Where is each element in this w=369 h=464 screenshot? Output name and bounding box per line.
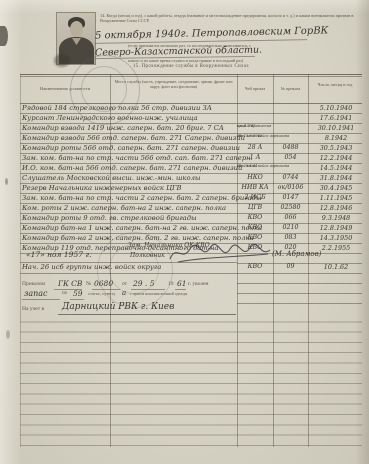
row-order-no: 0210 [273,223,308,233]
note-line2: от 15.8.1942 [237,134,262,138]
header-date-1: Число, [318,82,330,87]
row-date: 14.5.1944 [308,163,364,173]
row-date: 31.8.1944 [308,173,364,183]
certification-date: «17» ноя 1957 г. [26,250,92,259]
row-order-by: 1 А [237,153,273,163]
row-order-no: 0147 [273,193,308,203]
row-date: 30.10.1941 [308,123,364,133]
fill-underline [175,289,186,290]
row-date: 30.5.1943 [308,143,364,153]
round-stamp-inner [109,244,159,294]
row-entry: Командир взвода 1419 инж. саперн. бат. 2… [22,123,224,133]
header-order-by: Чей приказ [238,86,272,91]
row-date: 9.3.1948 [308,213,364,223]
table-top-line [20,74,362,75]
discharge-article-no: 59 [73,289,83,298]
note-line2: от 28.4.44 [237,164,257,168]
section15-title: 15. Прохождение службы в Вооруженных Сил… [20,64,362,69]
item14-label: 14. Когда (месяц и год), с какой работы,… [100,13,364,23]
row-entry: Слушатель Московской высш. инж.-мин. шко… [22,173,200,183]
row-date: 1.11.1945 [308,193,364,203]
row-order-no: ок/0106 [273,183,308,193]
row-date: 30.4.1945 [308,183,364,193]
row-order-by: ЦГВ [237,203,273,213]
row-order-no: 02580 [273,203,308,213]
row-entry: Резерв Начальника инженерных войск ЦГВ [22,183,182,193]
row-order-no: 066 [273,213,308,223]
fill-underline [70,299,84,300]
row-entry: Командир роты 9 отд. гв. стрелковой бриг… [22,213,197,223]
row-order-by: КВО [237,223,273,233]
row-order-no: 054 [273,153,308,163]
fill-underline [58,314,236,315]
service-row: Нач. 26 исб группы инж. войск округа КВО… [20,263,362,273]
row-date: 12.8.1946 [308,203,364,213]
row-order-no: 09 [273,262,308,272]
discharge-prefix: Приказом [22,281,45,287]
header-date: Число, месяц и год [309,82,361,87]
scan-smudge [6,330,10,339]
row-date: 17.6.1941 [308,113,364,123]
round-stamp-inner [81,66,127,112]
discharge-year: 61 [177,279,187,288]
round-stamp [70,55,140,125]
certification-name: (М. Абрамов) [272,250,321,258]
registration-label: На учет в [22,306,44,312]
scan-smudge [5,178,8,185]
ruled-rows-empty [20,312,362,447]
row-entry: Зам. ком. бат-на по стр. части 2 саперн.… [22,193,262,203]
scan-smudge [0,26,8,46]
row-entry: Командир бат-на 1 инж. саперн. бат-на 2 … [22,223,262,233]
row-order-no: 0744 [273,173,308,183]
row-order-no: 0488 [273,143,308,153]
discharge-reserve: запас [24,289,48,298]
row-date: 12.2.1944 [308,153,364,163]
discharge-year-suffix: г. уволен [188,281,209,287]
row-entry: Командир роты 566 отд. саперн. бат. 271 … [22,143,240,153]
row-order-by: КВО [237,213,273,223]
row-date: 5.10.1940 [308,103,364,113]
row-entry: И.О. ком. бат-на 566 отд. саперн. бат. 2… [22,163,242,173]
header-order-no: № приказа [274,86,307,91]
row-entry: Зам. ком. бат-на по стр. части 566 отд. … [22,153,253,163]
fill-underline [22,299,60,300]
row-order-by: НКО [237,173,273,183]
discharge-no-label: № [86,281,91,287]
row-entry: Ком. роты 2 инж. саперн. бат-на 2 инж. с… [22,203,226,213]
military-record-page: 14. Когда (месяц и год), с какой работы,… [0,0,369,464]
photo-face [70,21,83,37]
row-order-by: КВО [237,262,273,272]
item14-hint2: какого и по какое время служил и когда п… [128,58,243,63]
row-date: 8.1942 [308,133,364,143]
discharge-po-label: по [62,291,67,296]
row-entry: Командир взвода 566 отд. саперн. бат. 27… [22,133,245,143]
row-order-no: 083 [273,233,308,243]
row-date: 10.1.62 [308,262,364,272]
row-order-by: НИВ КА [237,183,273,193]
row-date: 14.3.1950 [308,233,364,243]
row-order-by: 2 ИСБ [237,193,273,203]
scan-smudge [54,54,70,67]
row-date: 12.8.1949 [308,223,364,233]
discharge-org: ГК СВ [58,279,82,288]
round-stamp [97,232,173,308]
header-place-2: (часть, учреждение, соединение, армия, [142,79,213,84]
note-line2: от 4.8.41 [237,124,255,128]
row-order-by: 28 А [237,143,273,153]
header-date-2: месяц и год [331,82,352,87]
